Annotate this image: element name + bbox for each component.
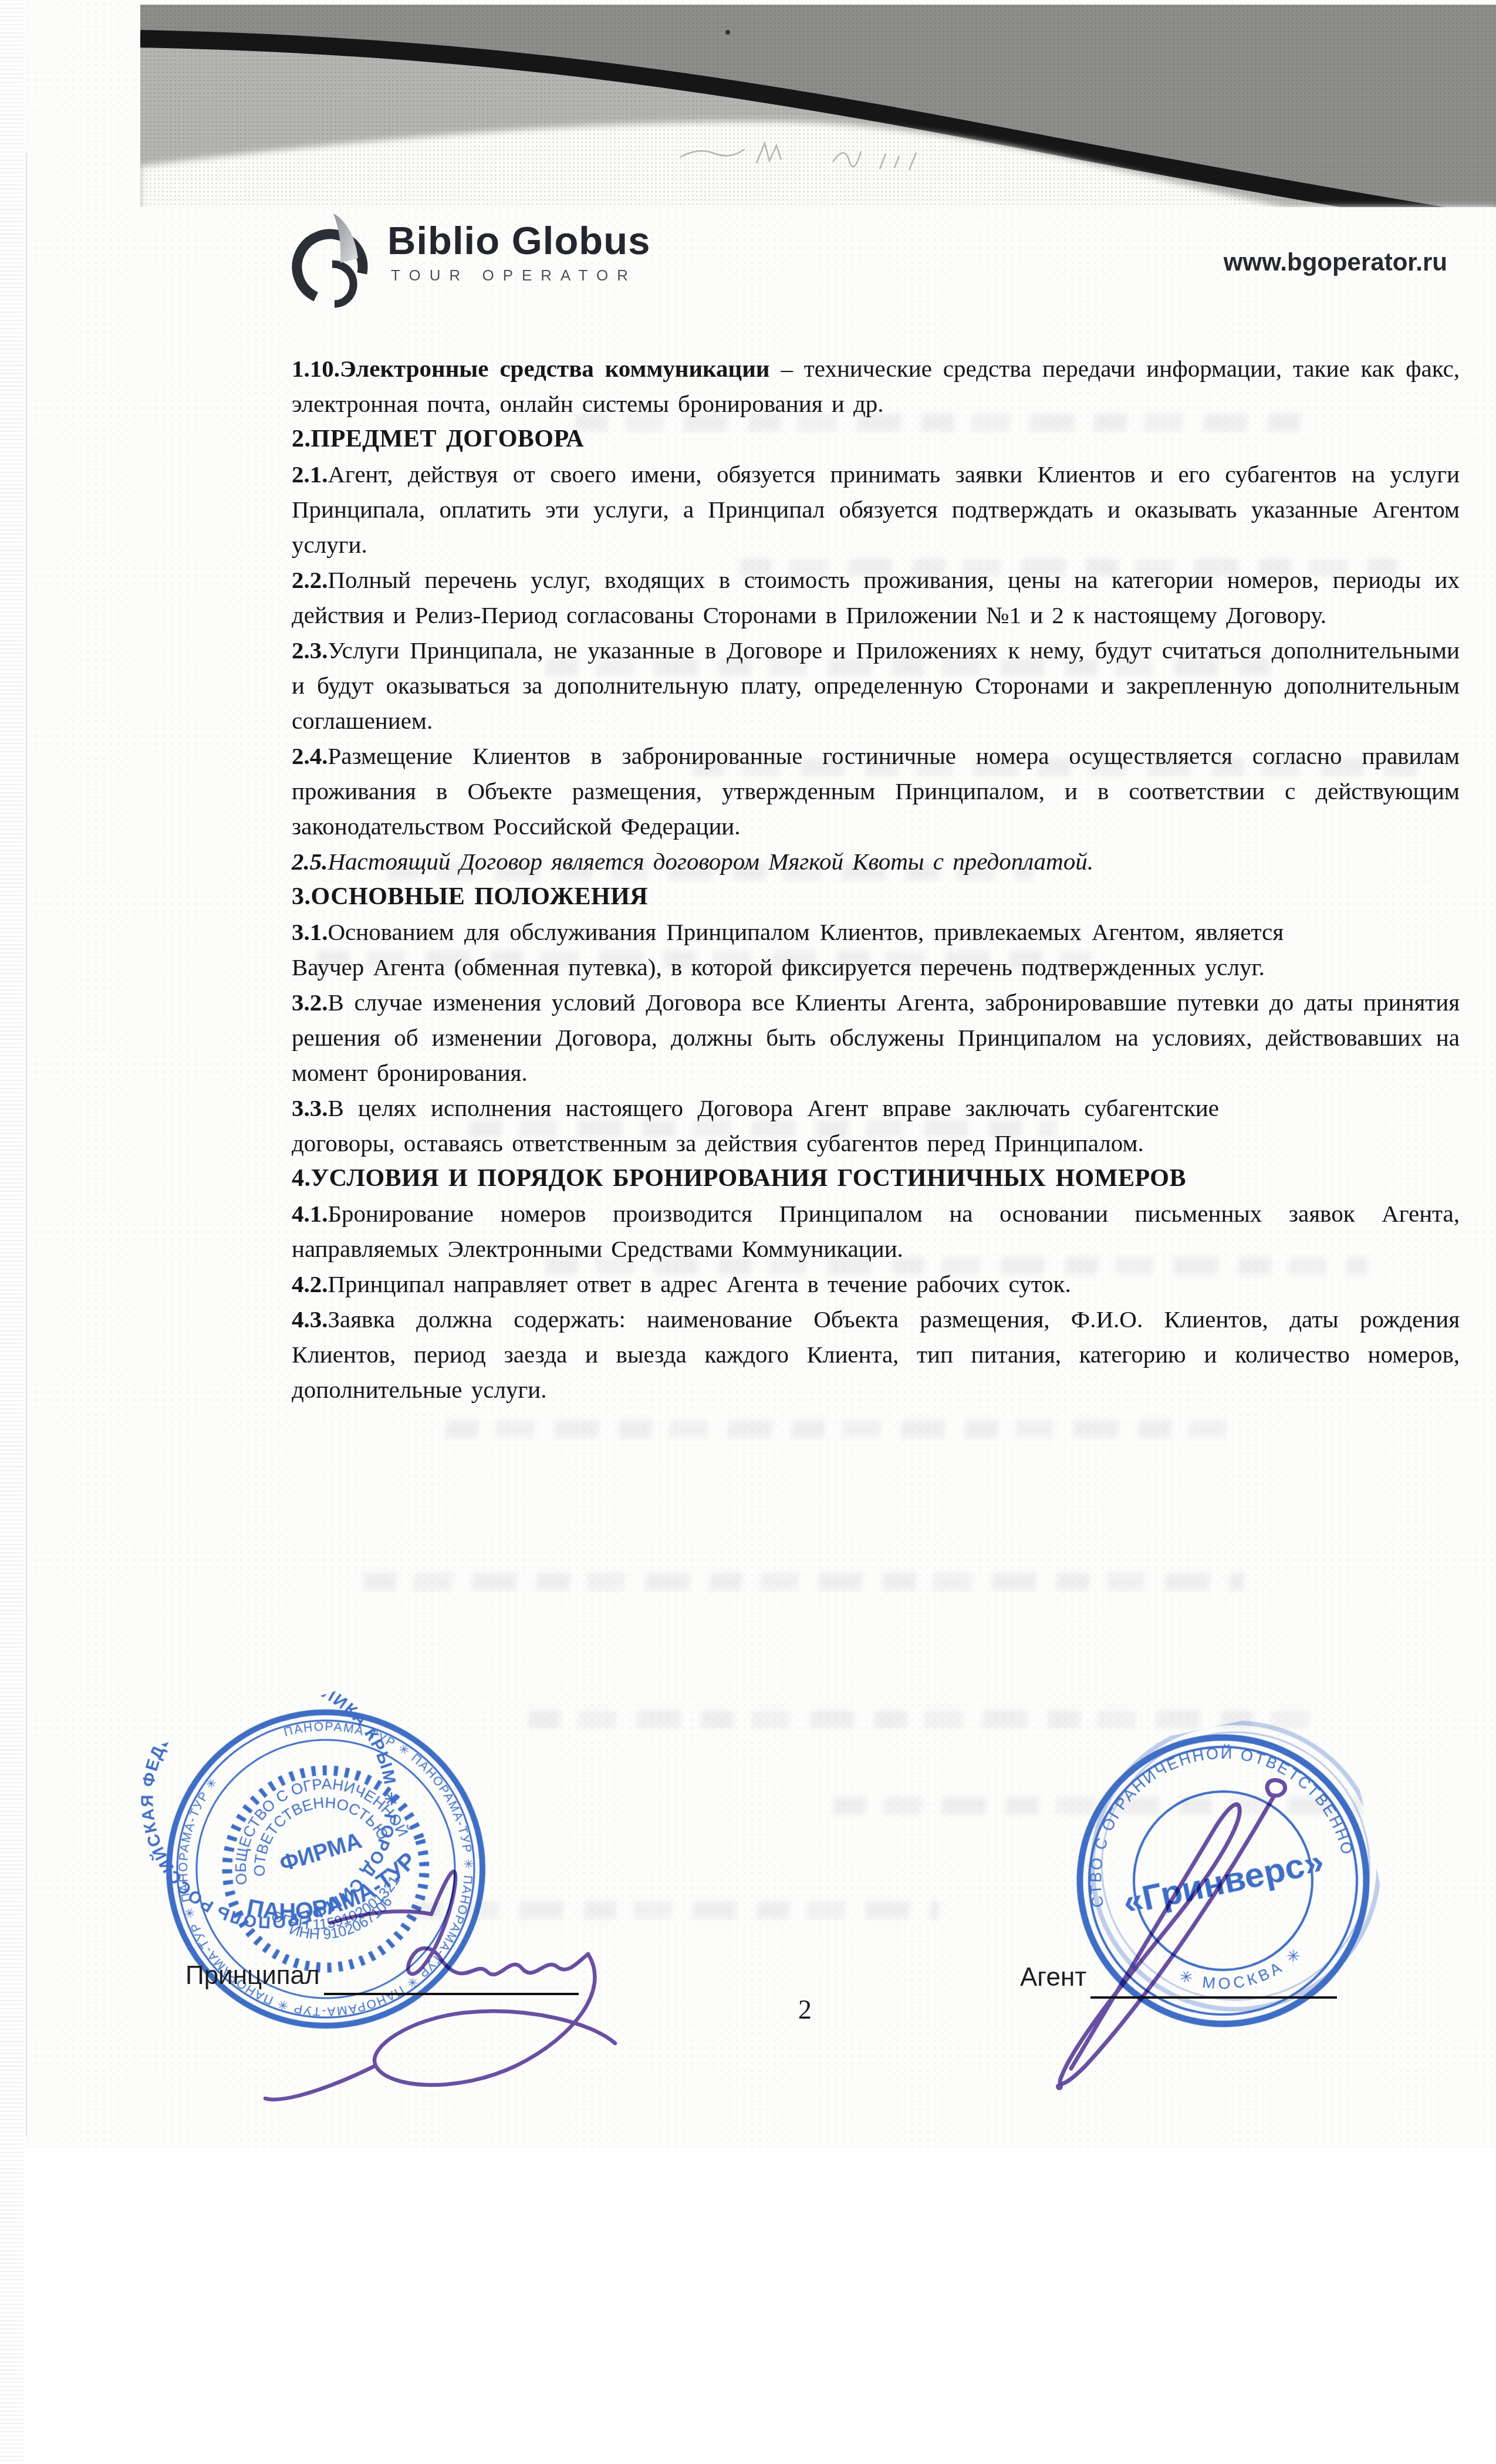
brand-name: Biblio Globus [387,218,650,263]
clause-2-5: 2.5.Настоящий Договор является договором… [292,844,1460,879]
clause-3-1: 3.1.Основанием для обслуживания Принципа… [292,914,1284,985]
section-3-heading: 3.ОСНОВНЫЕ ПОЛОЖЕНИЯ [292,879,1460,914]
clause-2-2: 2.2.Полный перечень услуг, входящих в ст… [292,562,1460,633]
section-4-heading: 4.УСЛОВИЯ И ПОРЯДОК БРОНИРОВАНИЯ ГОСТИНИ… [292,1161,1460,1196]
agent-signature-line [1090,1996,1337,1999]
clause-4-3: 4.3.Заявка должна содержать: наименовани… [292,1302,1460,1407]
section-2-heading: 2.ПРЕДМЕТ ДОГОВОРА [292,421,1460,457]
agent-signature [1027,1755,1321,2118]
clause-2-1: 2.1.Агент, действуя от своего имени, обя… [292,457,1460,562]
clause-4-2: 4.2.Принципал направляет ответ в адрес А… [292,1266,1460,1302]
bleed-through-smudge [445,1420,1239,1438]
agent-label: Агент [1020,1963,1086,1992]
clause-2-3: 2.3.Услуги Принципала, не указанные в До… [292,633,1460,738]
page-number: 2 [798,1994,812,2025]
clause-2-4: 2.4.Размещение Клиентов в забронированны… [292,738,1460,844]
brand-tagline: TOUR OPERATOR [391,266,637,285]
biblio-globus-icon [283,205,383,311]
scan-speck [725,30,730,35]
principal-signature-line [324,1993,579,1995]
scanner-edge-strip [0,0,23,2464]
clause-3-3: 3.3.В целях исполнения настоящего Догово… [292,1090,1219,1161]
scanner-artifact-line [26,153,27,2136]
scanned-contract-page: Biblio Globus TOUR OPERATOR www.bgoperat… [0,0,1496,2464]
bleed-through-smudge [363,1573,1245,1590]
bleed-through-smudge [528,1711,1321,1728]
principal-label: Принципал [185,1961,320,1990]
clause-3-2: 3.2.В случае изменения условий Договора … [292,985,1460,1090]
contract-body: 1.10.Электронные средства коммуникации –… [292,351,1460,1407]
header-wave-graphic [140,5,1496,207]
website-url: www.bgoperator.ru [1224,248,1447,276]
clause-4-1: 4.1.Бронирование номеров производится Пр… [292,1196,1460,1266]
clause-1-10: 1.10.Электронные средства коммуникации –… [292,351,1460,421]
